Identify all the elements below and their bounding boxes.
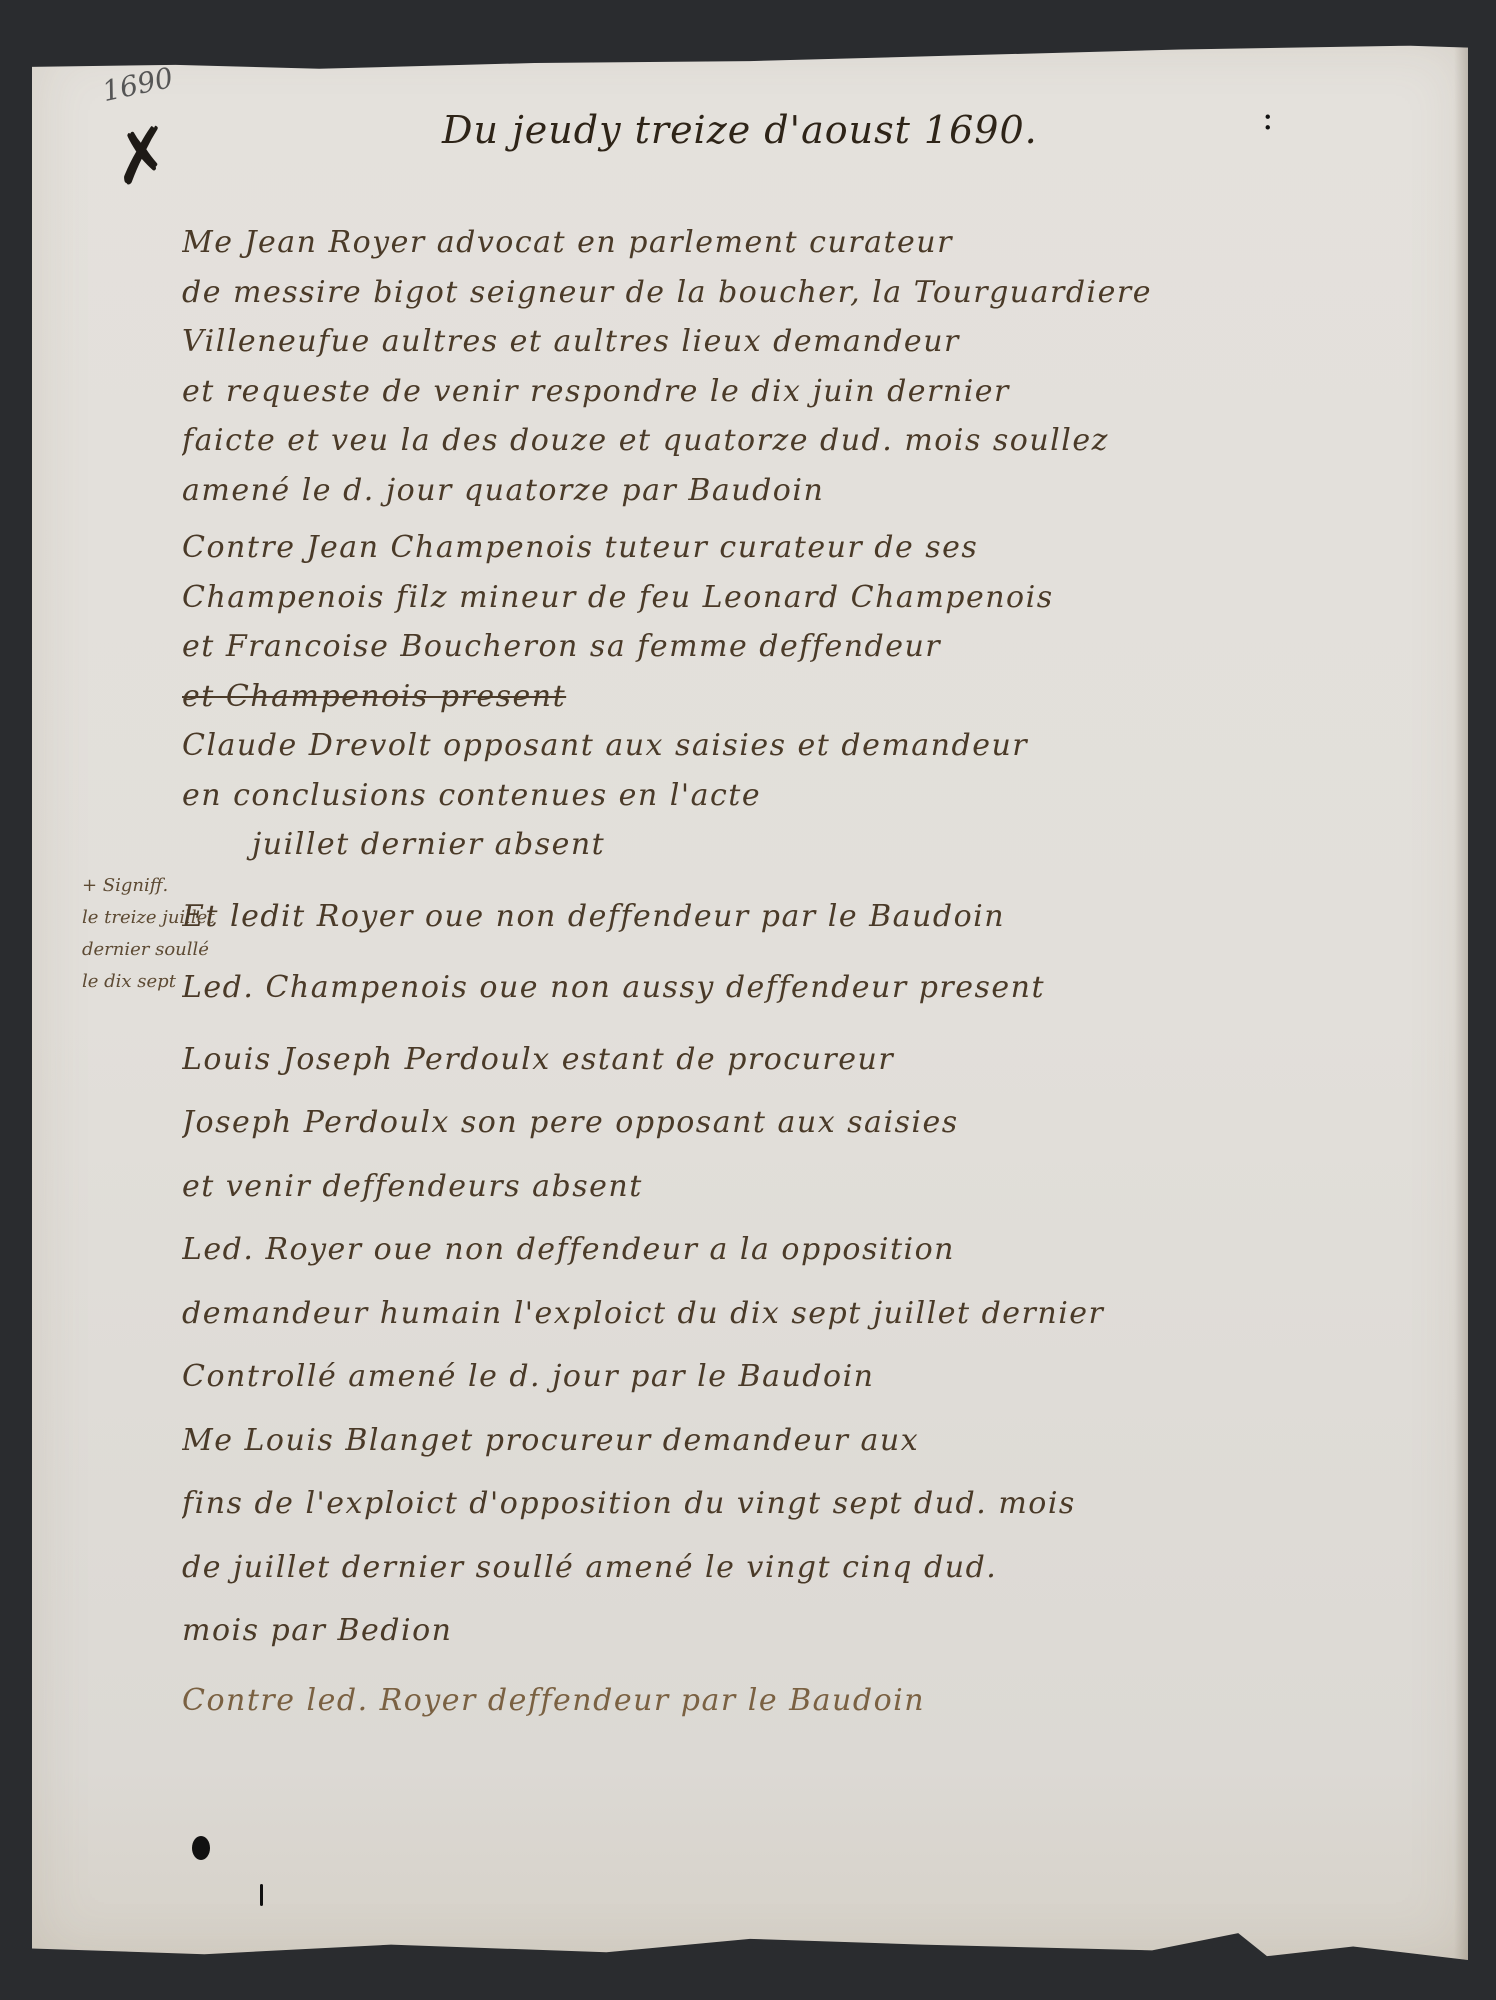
manuscript-body: Me Jean Royer advocat en parlement curat… xyxy=(182,218,1472,1725)
manuscript-line: et requeste de venir respondre le dix ju… xyxy=(182,367,1472,417)
ink-speck xyxy=(280,1958,286,1964)
manuscript-sheet: 1690 ✗ Du jeudy treize d'aoust 1690. : +… xyxy=(32,38,1468,1960)
header-dots-mark: : xyxy=(1262,108,1279,128)
paper-hole xyxy=(192,1836,210,1860)
manuscript-line: fins de l'exploict d'opposition du vingt… xyxy=(182,1479,1472,1529)
manuscript-line: juillet dernier absent xyxy=(182,820,1472,870)
manuscript-line: Contre Jean Champenois tuteur curateur d… xyxy=(182,523,1472,573)
manuscript-line: de juillet dernier soullé amené le vingt… xyxy=(182,1543,1472,1593)
manuscript-line: Joseph Perdoulx son pere opposant aux sa… xyxy=(182,1098,1472,1148)
manuscript-line: de messire bigot seigneur de la boucher,… xyxy=(182,268,1472,318)
manuscript-line: mois par Bedion xyxy=(182,1606,1472,1656)
manuscript-line: Champenois filz mineur de feu Leonard Ch… xyxy=(182,573,1472,623)
ink-speck xyxy=(260,1884,263,1906)
ink-speck xyxy=(617,1952,622,1958)
manuscript-line-struck: et Champenois present xyxy=(182,672,1472,722)
corner-year-annotation: 1690 xyxy=(99,61,176,108)
manuscript-line: Me Louis Blanget procureur demandeur aux xyxy=(182,1416,1472,1466)
manuscript-line: Led. Royer oue non deffendeur a la oppos… xyxy=(182,1225,1472,1275)
manuscript-line: Led. Champenois oue non aussy deffendeur… xyxy=(182,963,1472,1013)
manuscript-line: Villeneufue aultres et aultres lieux dem… xyxy=(182,317,1472,367)
manuscript-line: Louis Joseph Perdoulx estant de procureu… xyxy=(182,1035,1472,1085)
manuscript-line: demandeur humain l'exploict du dix sept … xyxy=(182,1289,1472,1339)
manuscript-line: Me Jean Royer advocat en parlement curat… xyxy=(182,218,1472,268)
manuscript-line: Controllé amené le d. jour par le Baudoi… xyxy=(182,1352,1472,1402)
manuscript-line: Et ledit Royer oue non deffendeur par le… xyxy=(182,892,1472,942)
manuscript-line: en conclusions contenues en l'acte xyxy=(182,771,1472,821)
manuscript-line: Claude Drevolt opposant aux saisies et d… xyxy=(182,721,1472,771)
manuscript-line: et Francoise Boucheron sa femme deffende… xyxy=(182,622,1472,672)
manuscript-line: amené le d. jour quatorze par Baudoin xyxy=(182,466,1472,516)
manuscript-line: et venir deffendeurs absent xyxy=(182,1162,1472,1212)
cross-mark-icon: ✗ xyxy=(106,115,178,196)
manuscript-line: Contre led. Royer deffendeur par le Baud… xyxy=(182,1676,1472,1726)
manuscript-line: faicte et veu la des douze et quatorze d… xyxy=(182,416,1472,466)
page-header-date: Du jeudy treize d'aoust 1690. xyxy=(442,108,1038,152)
